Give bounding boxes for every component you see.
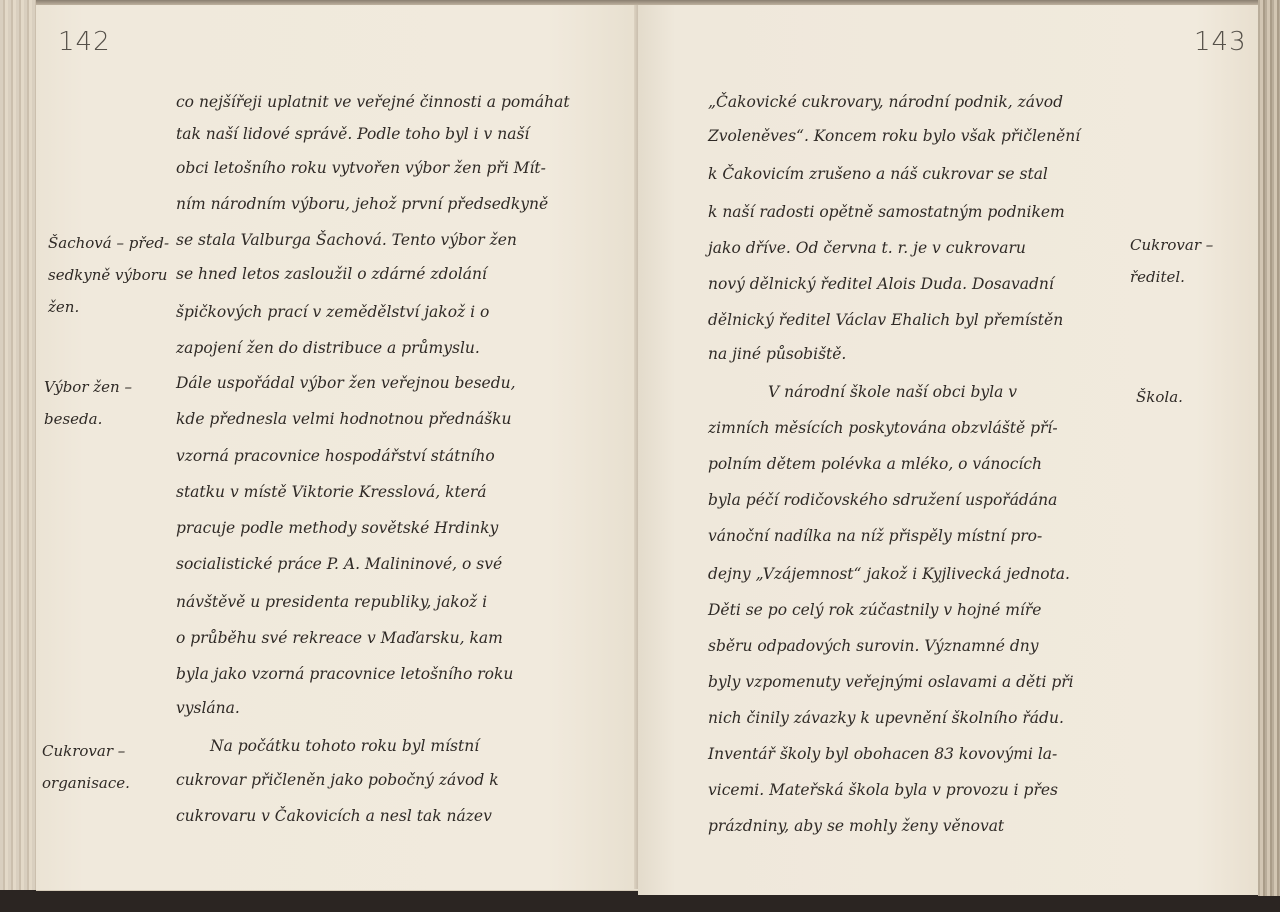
margin-note-line: ředitel.	[1130, 261, 1213, 293]
text-line: byla jako vzorná pracovnice letošního ro…	[176, 665, 513, 683]
text-line: obci letošního roku vytvořen výbor žen p…	[176, 159, 546, 177]
margin-note: Škola.	[1136, 381, 1183, 413]
margin-note: Cukrovar – ředitel.	[1130, 229, 1213, 293]
text-line: byly vzpomenuty veřejnými oslavami a dět…	[708, 673, 1074, 691]
text-line: se hned letos zasloužil o zdárné zdolání	[176, 265, 487, 283]
text-line: Děti se po celý rok zúčastnily v hojné m…	[708, 601, 1041, 619]
margin-note-line: Cukrovar –	[42, 735, 130, 767]
text-line: cukrovar přičleněn jako pobočný závod k	[176, 771, 499, 789]
open-book: 142 Šachová – před- sedkyně výboru žen. …	[0, 0, 1280, 900]
text-line: dejny „Vzájemnost“ jakož i Kyjlivecká je…	[708, 565, 1070, 583]
text-line: „Čakovické cukrovary, národní podnik, zá…	[708, 93, 1063, 111]
margin-note-line: beseda.	[44, 403, 132, 435]
text-line: V národní škole naší obci byla v	[768, 383, 1017, 401]
text-line: ním národním výboru, jehož první předsed…	[176, 195, 548, 213]
margin-note-line: organisace.	[42, 767, 130, 799]
text-line: vánoční nadílka na níž přispěly místní p…	[708, 527, 1042, 545]
text-line: zimních měsících poskytována obzvláště p…	[708, 419, 1058, 437]
text-line: polním dětem polévka a mléko, o vánocích	[708, 455, 1042, 473]
text-line: cukrovaru v Čakovicích a nesl tak název	[176, 807, 492, 825]
margin-note: Výbor žen – beseda.	[44, 371, 132, 435]
page-stack-left	[0, 0, 36, 890]
text-line: jako dříve. Od června t. r. je v cukrova…	[708, 239, 1026, 257]
text-line: na jiné působiště.	[708, 345, 846, 363]
margin-note: Cukrovar – organisace.	[42, 735, 130, 799]
text-line: dělnický ředitel Václav Ehalich byl přem…	[708, 311, 1063, 329]
margin-note-line: Výbor žen –	[44, 371, 132, 403]
text-line: prázdniny, aby se mohly ženy věnovat	[708, 817, 1004, 835]
margin-note-line: sedkyně výboru	[48, 259, 169, 291]
margin-note-line: Šachová – před-	[48, 227, 169, 259]
text-line: nich činily závazky k upevnění školního …	[708, 709, 1064, 727]
text-line: Inventář školy byl obohacen 83 kovovými …	[708, 745, 1057, 763]
text-line: Zvoleněves“. Koncem roku bylo však přičl…	[708, 127, 1080, 145]
text-line: nový dělnický ředitel Alois Duda. Dosava…	[708, 275, 1054, 293]
text-line: vicemi. Mateřská škola byla v provozu i …	[708, 781, 1058, 799]
text-line: se stala Valburga Šachová. Tento výbor ž…	[176, 231, 517, 249]
text-line: vzorná pracovnice hospodářství státního	[176, 447, 495, 465]
margin-note-line: Cukrovar –	[1130, 229, 1213, 261]
text-line: kde přednesla velmi hodnotnou přednášku	[176, 410, 512, 428]
text-line: Na počátku tohoto roku byl místní	[210, 737, 479, 755]
margin-note: Šachová – před- sedkyně výboru žen.	[48, 227, 169, 323]
text-line: statku v místě Viktorie Kresslová, která	[176, 483, 487, 501]
text-line: návštěvě u presidenta republiky, jakož i	[176, 593, 487, 611]
page-number: 142	[58, 27, 111, 57]
text-line: tak naší lidové správě. Podle toho byl i…	[176, 125, 529, 143]
text-line: zapojení žen do distribuce a průmyslu.	[176, 339, 480, 357]
text-line: sběru odpadových surovin. Významné dny	[708, 637, 1039, 655]
text-line: o průběhu své rekreace v Maďarsku, kam	[176, 629, 503, 647]
right-page: 143 Cukrovar – ředitel. Škola. „Čakovick…	[638, 5, 1258, 895]
text-line: pracuje podle methody sovětské Hrdinky	[176, 519, 498, 537]
text-line: vyslána.	[176, 699, 240, 717]
page-stack-right	[1258, 0, 1280, 896]
margin-note-line: Škola.	[1136, 381, 1183, 413]
text-line: co nejšířeji uplatnit ve veřejné činnost…	[176, 93, 570, 111]
text-line: byla péčí rodičovského sdružení uspořádá…	[708, 491, 1057, 509]
text-line: špičkových prací v zemědělství jakož i o	[176, 303, 489, 321]
text-line: socialistické práce P. A. Malininové, o …	[176, 555, 502, 573]
margin-note-line: žen.	[48, 291, 169, 323]
text-line: Dále uspořádal výbor žen veřejnou besedu…	[176, 374, 516, 392]
left-page: 142 Šachová – před- sedkyně výboru žen. …	[36, 5, 638, 891]
text-line: k naší radosti opětně samostatným podnik…	[708, 203, 1065, 221]
text-line: k Čakovicím zrušeno a náš cukrovar se st…	[708, 165, 1048, 183]
page-number: 143	[1194, 27, 1247, 57]
